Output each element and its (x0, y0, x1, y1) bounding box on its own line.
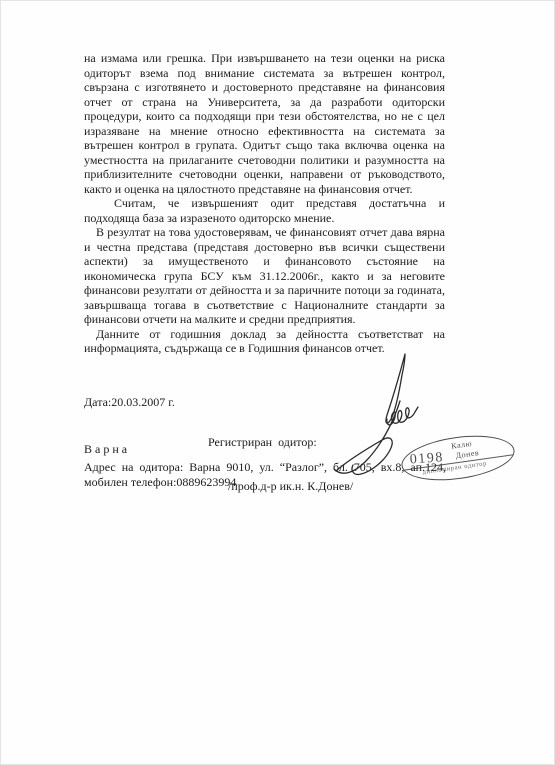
address-line-1: Адрес на одитора: Варна 9010, ул. “Разло… (84, 460, 446, 475)
date-line: Дата:20.03.2007 г. (84, 395, 175, 411)
paragraph-audit-basis: Считам, че извършеният одит представя до… (84, 196, 445, 225)
report-body: на измама или грешка. При извършването н… (84, 51, 445, 356)
paragraph-annual-report: Данните от годишния доклад за дейността … (84, 327, 445, 356)
signature-loop-stroke (386, 354, 405, 423)
city-line: В а р н а (84, 442, 175, 458)
signer-role-label: Регистриран одитор: (208, 435, 353, 450)
signature-squiggle-stroke (387, 407, 418, 425)
scanned-audit-report-page: на измама или грешка. При извършването н… (0, 0, 555, 765)
paragraph-risk-assessment: на измама или грешка. При извършването н… (84, 51, 445, 196)
address-block: Адрес на одитора: Варна 9010, ул. “Разло… (84, 460, 446, 491)
paragraph-opinion: В резултат на това удостоверявам, че фин… (84, 225, 445, 327)
address-line-2: мобилен телефон:0889623994 (84, 475, 446, 490)
auditor-stamp: 0198 Калю Донев дипломиран одитор (399, 429, 518, 486)
